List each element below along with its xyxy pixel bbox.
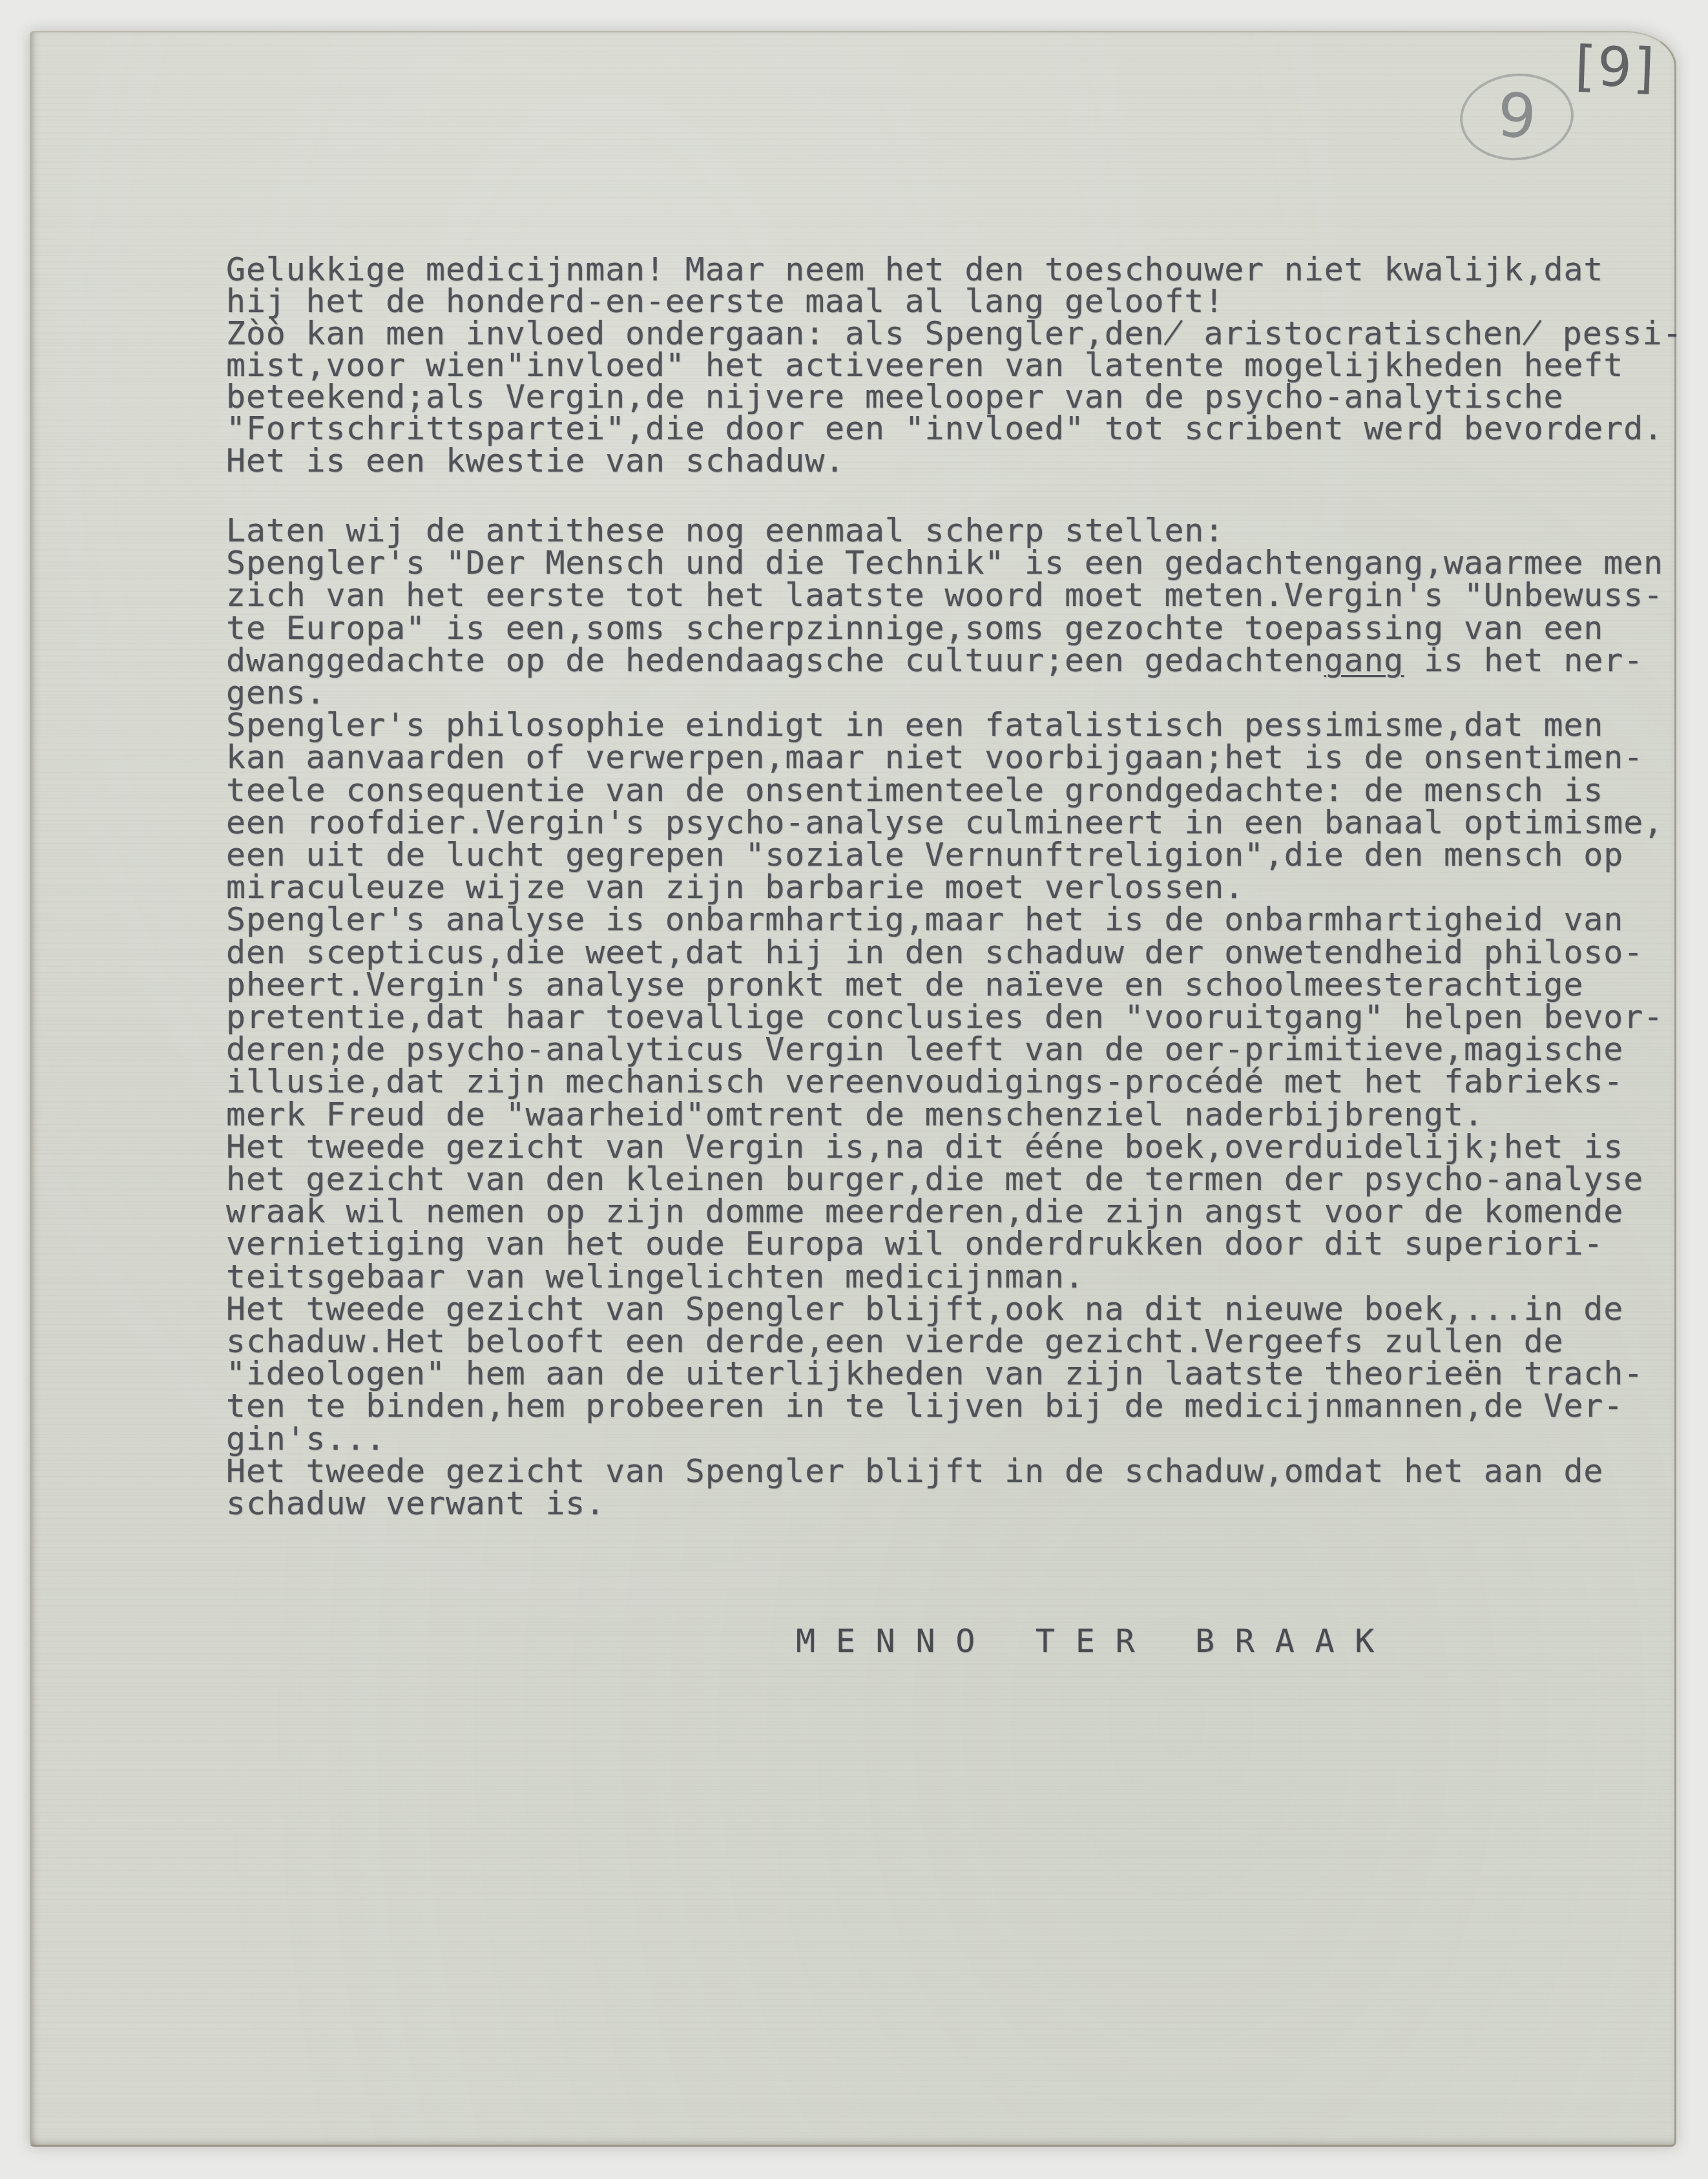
typewritten-line: illusie,dat zijn mechanisch vereenvoudig…	[226, 1065, 1663, 1098]
archival-corner-page-number: [9]	[1574, 39, 1657, 96]
typewritten-line: gin's...	[226, 1423, 1663, 1455]
typewritten-line: hij het de honderd-en-eerste maal al lan…	[226, 286, 1682, 317]
typewritten-line: een uit de lucht gegrepen "soziale Vernu…	[226, 839, 1663, 871]
typewritten-line: teitsgebaar van welingelichten medicijnm…	[226, 1260, 1663, 1293]
typewritten-line: Het is een kwestie van schaduw.	[226, 445, 1682, 477]
typewritten-line: zich van het eerste tot het laatste woor…	[226, 579, 1663, 611]
typewritten-line: "ideologen" hem aan de uiterlijkheden va…	[226, 1357, 1663, 1390]
typewritten-line: Zòò kan men invloed ondergaan: als Speng…	[226, 318, 1682, 349]
typewritten-line: dwanggedachte op de hedendaagsche cultuu…	[226, 644, 1663, 676]
typewritten-line: miraculeuze wijze van zijn barbarie moet…	[226, 871, 1663, 903]
typewritten-line: schaduw.Het belooft een derde,een vierde…	[226, 1325, 1663, 1357]
typewritten-line: een roofdier.Vergin's psycho-analyse cul…	[226, 806, 1663, 839]
scanned-document-page: 9 [9] Gelukkige medicijnman! Maar neem h…	[0, 0, 1708, 2179]
typewritten-line: vernietiging van het oude Europa wil ond…	[226, 1227, 1663, 1260]
typewritten-line: Spengler's "Der Mensch und die Technik" …	[226, 547, 1663, 579]
typewritten-line: schaduw verwant is.	[226, 1487, 1663, 1519]
typewritten-line: Het tweede gezicht van Spengler blijft i…	[226, 1455, 1663, 1487]
typewritten-line: merk Freud de "waarheid"omtrent de mensc…	[226, 1098, 1663, 1131]
typewritten-line: den scepticus,die weet,dat hij in den sc…	[226, 936, 1663, 968]
typewritten-line: pretentie,dat haar toevallige conclusies…	[226, 1001, 1663, 1033]
typewritten-line: deren;de psycho-analyticus Vergin leeft …	[226, 1033, 1663, 1065]
typewritten-line: Gelukkige medicijnman! Maar neem het den…	[226, 254, 1682, 286]
typewritten-line: Spengler's philosophie eindigt in een fa…	[226, 709, 1663, 741]
typewritten-line: teele consequentie van de onsentimenteel…	[226, 774, 1663, 806]
typewritten-line: kan aanvaarden of verwerpen,maar niet vo…	[226, 741, 1663, 773]
typewritten-line: Het tweede gezicht van Spengler blijft,o…	[226, 1293, 1663, 1325]
typewritten-line: "Fortschrittspartei",die door een "invlo…	[226, 413, 1682, 444]
page-number-pencil: 9	[1495, 85, 1538, 149]
typewritten-line: gens.	[226, 676, 1663, 709]
typewritten-line: pheert.Vergin's analyse pronkt met de na…	[226, 968, 1663, 1001]
typewritten-line: mist,voor wien"invloed" het activeeren v…	[226, 349, 1682, 381]
typewritten-line: het gezicht van den kleinen burger,die m…	[226, 1163, 1663, 1195]
typewritten-paragraph-2: Laten wij de antithese nog eenmaal scher…	[226, 514, 1663, 1519]
paper-sheet: 9 [9] Gelukkige medicijnman! Maar neem h…	[30, 31, 1676, 2147]
pencil-circled-page-number: 9	[1456, 69, 1577, 165]
typewritten-line: wraak wil nemen op zijn domme meerderen,…	[226, 1195, 1663, 1227]
typewritten-line: ten te binden,hem probeeren in te lijven…	[226, 1390, 1663, 1422]
typewritten-line: te Europa" is een,soms scherpzinnige,som…	[226, 612, 1663, 644]
typewritten-line: Laten wij de antithese nog eenmaal scher…	[226, 514, 1663, 547]
typewritten-paragraph-1: Gelukkige medicijnman! Maar neem het den…	[226, 254, 1682, 477]
typewritten-line: Spengler's analyse is onbarmhartig,maar …	[226, 903, 1663, 935]
typewritten-line: beteekend;als Vergin,de nijvere meeloope…	[226, 381, 1682, 413]
typewritten-line: Het tweede gezicht van Vergin is,na dit …	[226, 1131, 1663, 1163]
author-signature: M E N N O T E R B R A A K	[796, 1622, 1375, 1660]
